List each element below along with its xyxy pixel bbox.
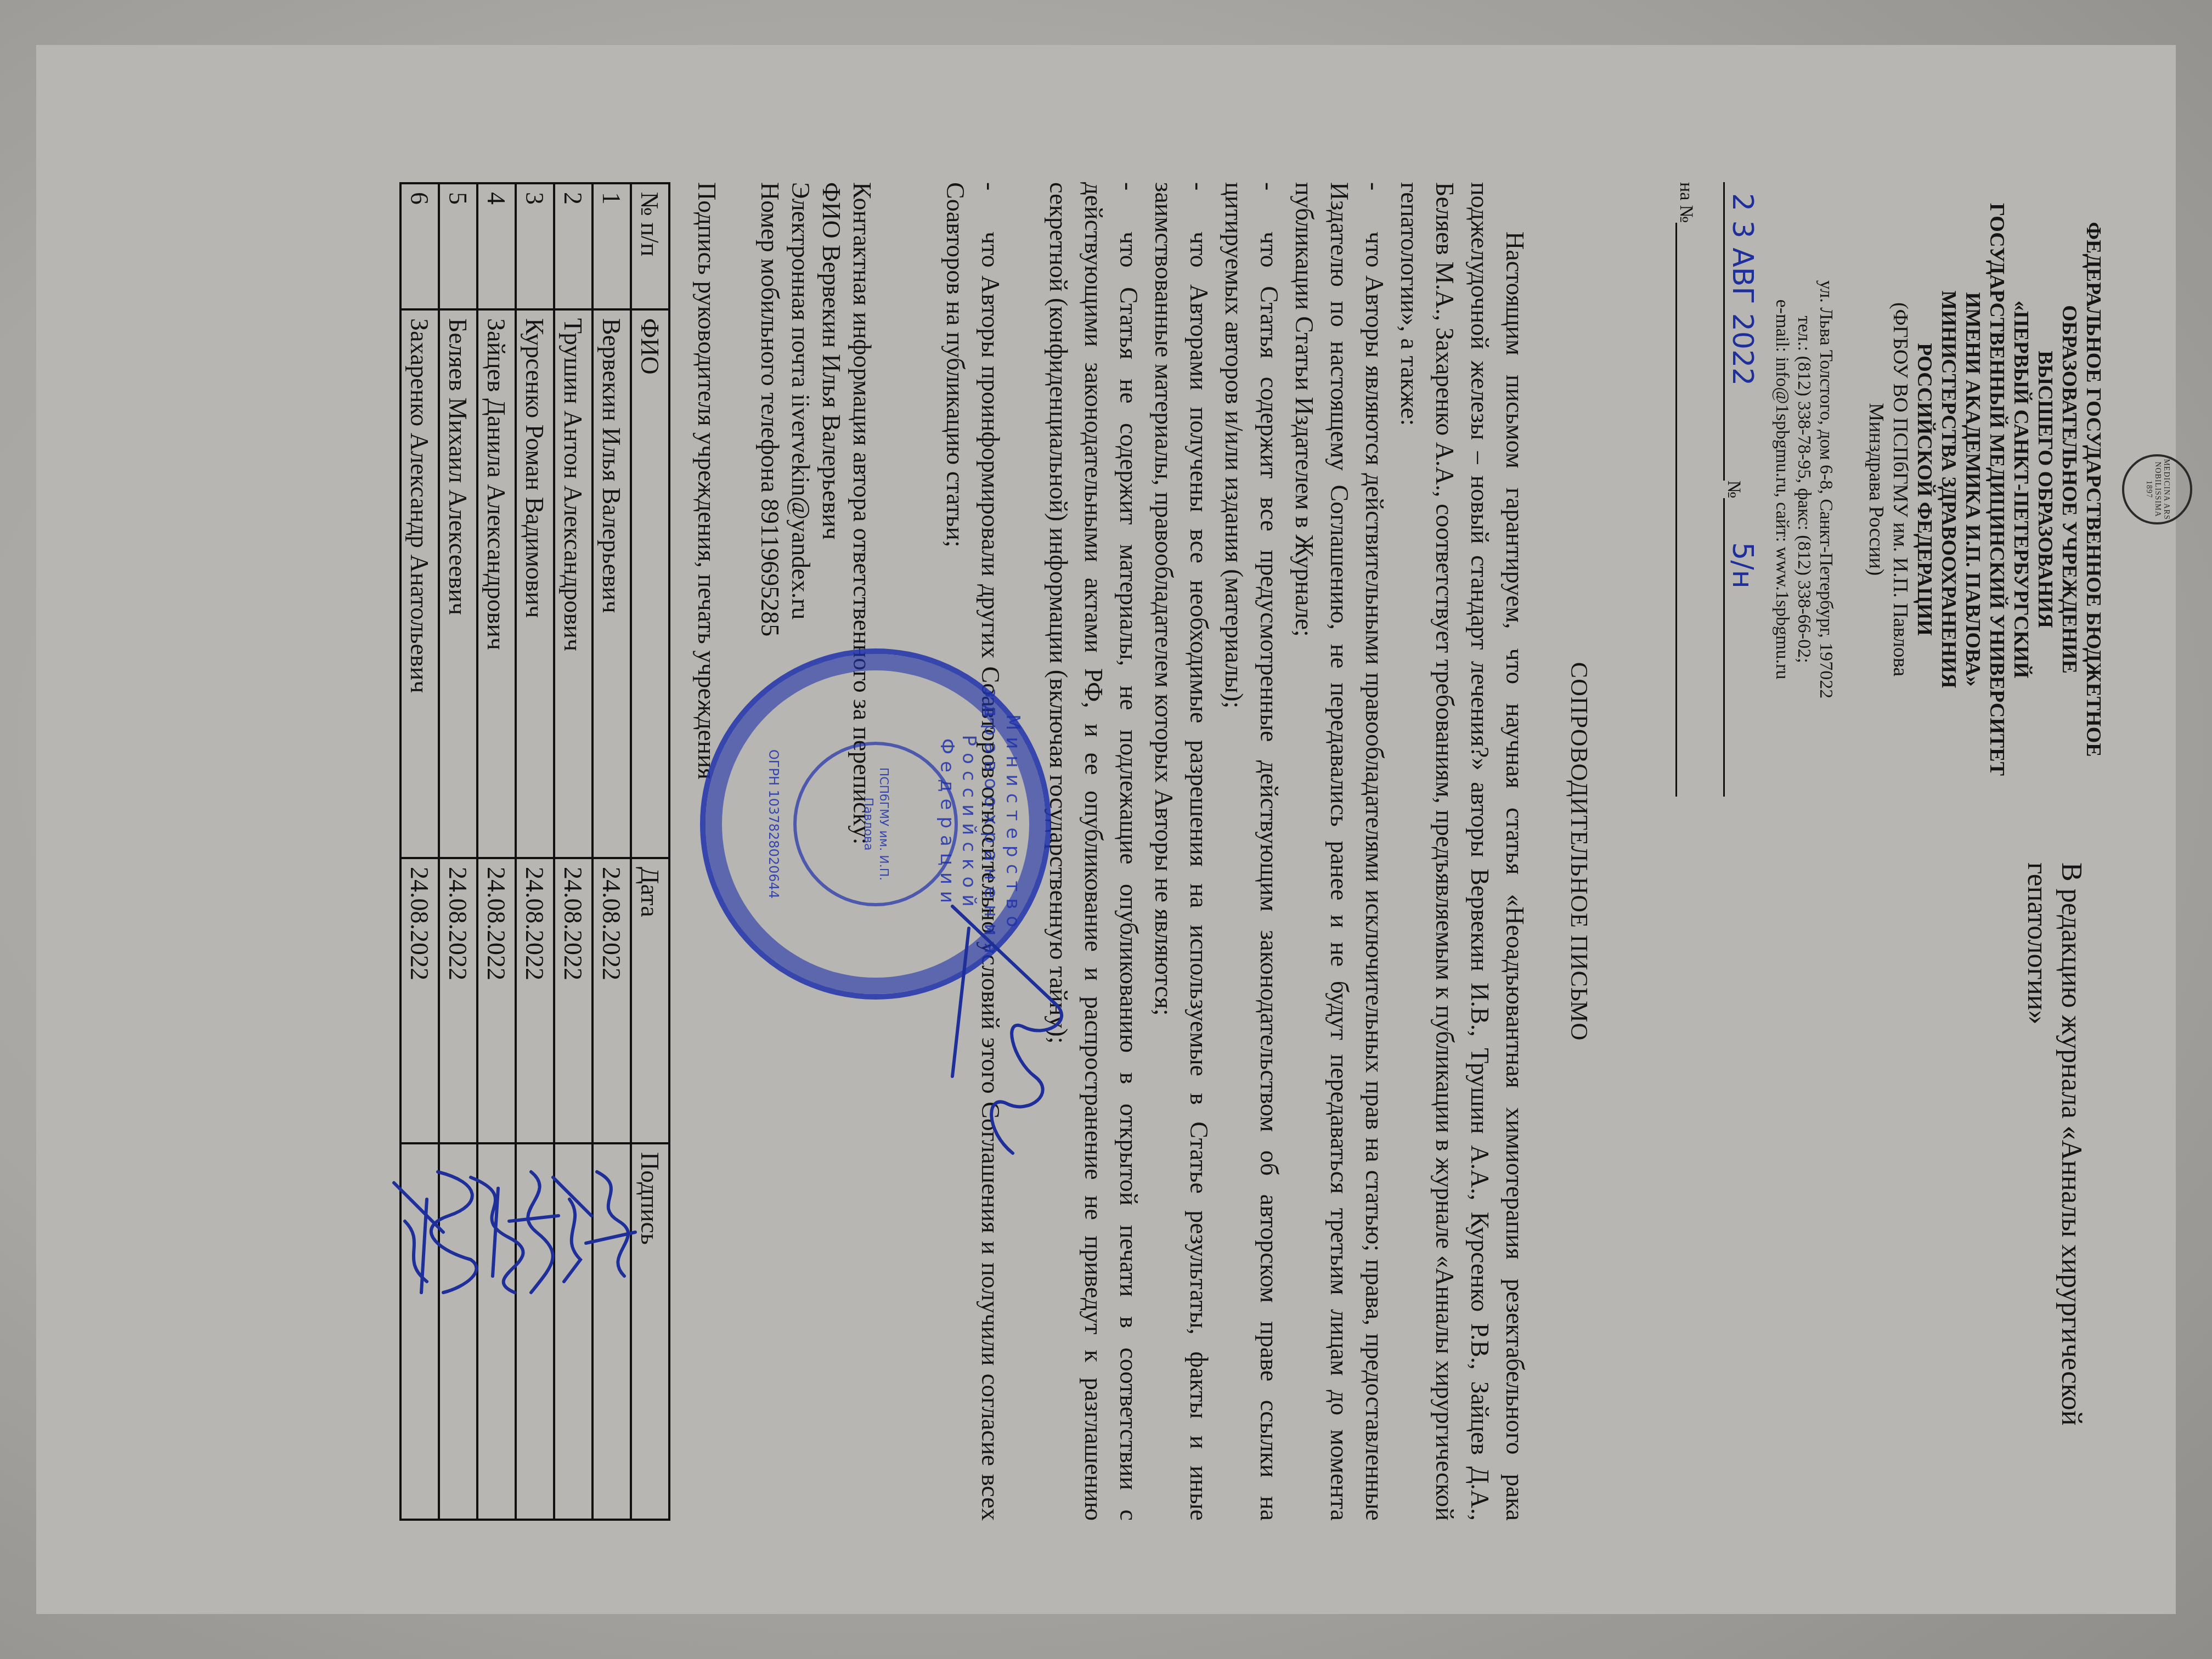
bullet-marker: - (1181, 182, 1216, 232)
handwritten-number: 5/н (1726, 542, 1759, 589)
cell-number: 1 (592, 183, 631, 309)
cell-fio: Зайцев Данила Александрович (477, 309, 516, 858)
cell-number: 2 (554, 183, 592, 309)
org-line: ФЕДЕРАЛЬНОЕ ГОСУДАРСТВЕННОЕ БЮДЖЕТНОЕ (2081, 182, 2106, 797)
guarantee-item: -что Статья не содержит материалы, не по… (1041, 182, 1146, 1521)
table-row: 4 Зайцев Данила Александрович 24.08.2022 (477, 183, 516, 1520)
number-field: 5/н (1723, 498, 1749, 797)
cell-date: 24.08.2022 (477, 858, 516, 1143)
contact-phone: Номер мобильного телефона 89119695285 (754, 182, 785, 1521)
cell-number: 4 (477, 183, 516, 309)
letterhead: MEDICINA ARS NOBILISSIMA 1897 ФЕДЕРАЛЬНО… (1675, 182, 2110, 797)
photo-background: MEDICINA ARS NOBILISSIMA 1897 ФЕДЕРАЛЬНО… (0, 0, 2212, 1659)
org-line: ГОСУДАРСТВЕННЫЙ МЕДИЦИНСКИЙ УНИВЕРСИТЕТ (1985, 182, 2009, 797)
number-label: № (1723, 481, 1744, 498)
column-header-date: Дата (631, 858, 669, 1143)
table-header-row: № п/п ФИО Дата Подпись (631, 183, 669, 1520)
cell-date: 24.08.2022 (516, 858, 554, 1143)
address-line: ул. Льва Толстого, дом 6-8, Санкт-Петерб… (1815, 182, 1837, 797)
guarantee-item: -что Авторы являются действительными пра… (1286, 182, 1392, 1521)
guarantee-text: что Статья содержит все предусмотренные … (1220, 182, 1283, 1521)
letter-page: MEDICINA ARS NOBILISSIMA 1897 ФЕДЕРАЛЬНО… (36, 45, 2176, 1614)
guarantee-item: -что Авторы проинформировали других Соав… (938, 182, 1008, 1521)
org-line: ОБРАЗОВАТЕЛЬНОЕ УЧРЕЖДЕНИЕ (2057, 182, 2081, 797)
guarantee-item: -что Авторами получены все необходимые р… (1146, 182, 1216, 1521)
table-row: 2 Трушин Антон Александрович 24.08.2022 (554, 183, 592, 1520)
cell-number: 5 (439, 183, 477, 309)
logo-text: MEDICINA ARS NOBILISSIMA 1897 (2144, 456, 2170, 522)
org-short-name: (ФГБОУ ВО ПСПбГМУ им. И.П. Павлова (1888, 182, 1912, 797)
date-field: 2 3 АВГ 2022 (1723, 182, 1749, 481)
letter-header: MEDICINA ARS NOBILISSIMA 1897 ФЕДЕРАЛЬНО… (1675, 182, 2110, 1521)
guarantee-text: что Статья не содержит материалы, не под… (1045, 182, 1143, 1521)
cell-fio: Вервекин Илья Валерьевич (592, 309, 631, 858)
table-row: 6 Захаренко Александр Анатольевич 24.08.… (400, 183, 439, 1520)
letter-body: Настоящим письмом гарантируем, что научн… (938, 182, 1532, 1521)
bullet-marker: - (1111, 182, 1146, 232)
guarantee-text: что Авторы являются действительными прав… (1290, 182, 1389, 1521)
guarantee-text: что Авторами получены все необходимые ра… (1150, 182, 1213, 1521)
reference-label: на № (1675, 182, 1696, 223)
cell-fio: Захаренко Александр Анатольевич (400, 309, 439, 858)
contact-fio: ФИО Вервекин Илья Валерьевич (816, 182, 847, 1521)
university-logo-icon: MEDICINA ARS NOBILISSIMA 1897 (2122, 454, 2192, 524)
guarantee-item: -что Статья содержит все предусмотренные… (1216, 182, 1286, 1521)
bullet-marker: - (973, 182, 1008, 232)
cell-date: 24.08.2022 (400, 858, 439, 1143)
cell-fio: Курсенко Роман Вадимович (516, 309, 554, 858)
guarantee-text: что Авторы проинформировали других Соавт… (941, 182, 1005, 1521)
org-line: ВЫСШЕГО ОБРАЗОВАНИЯ (2033, 182, 2057, 797)
cell-date: 24.08.2022 (439, 858, 477, 1143)
org-line: «ПЕРВЫЙ САНКТ-ПЕТЕРБУРГСКИЙ (2009, 182, 2033, 797)
head-signature-label: Подпись руководителя учреждения, печать … (692, 182, 721, 1521)
email-site-line: e-mail: info@1spbgmu.ru, сайт: www.1spbg… (1771, 182, 1793, 797)
org-ministry: Минздрава России) (1864, 182, 1888, 797)
org-address: ул. Льва Толстого, дом 6-8, Санкт-Петерб… (1771, 182, 1837, 797)
contact-email: Электронная почта iivervekin@yandex.ru (785, 182, 816, 1521)
contact-info: Контактная информация автора ответственн… (754, 182, 877, 1521)
column-header-fio: ФИО (631, 309, 669, 858)
cell-number: 6 (400, 183, 439, 309)
addressee: В редакцию журнала «Анналы хирургической… (1675, 862, 2110, 1521)
cell-number: 3 (516, 183, 554, 309)
org-line: ИМЕНИ АКАДЕМИКА И.П. ПАВЛОВА» (1961, 182, 1985, 797)
table-row: 1 Вервекин Илья Валерьевич 24.08.2022 (592, 183, 631, 1520)
reference-field (1675, 223, 1701, 797)
table-row: 5 Беляев Михаил Алексеевич 24.08.2022 (439, 183, 477, 1520)
org-line: РОССИЙСКОЙ ФЕДЕРАЦИИ (1912, 182, 1937, 797)
bullet-marker: - (1357, 182, 1392, 232)
reference-registration: на № (1675, 182, 1701, 797)
cell-signature (400, 1143, 439, 1520)
org-line: МИНИСТЕРСТВА ЗДРАВООХРАНЕНИЯ (1937, 182, 1961, 797)
cell-fio: Трушин Антон Александрович (554, 309, 592, 858)
cell-date: 24.08.2022 (592, 858, 631, 1143)
document-title: СОПРОВОДИТЕЛЬНОЕ ПИСЬМО (1565, 182, 1593, 1521)
intro-paragraph: Настоящим письмом гарантируем, что научн… (1392, 182, 1532, 1521)
authors-table: № п/п ФИО Дата Подпись 1 Вервекин Илья В… (399, 182, 670, 1521)
cell-fio: Беляев Михаил Алексеевич (439, 309, 477, 858)
handwritten-date: 2 3 АВГ 2022 (1726, 193, 1759, 386)
handwritten-signature-icon (388, 1166, 449, 1298)
contact-heading: Контактная информация автора ответственн… (847, 182, 877, 1521)
phone-line: тел.: (812) 338-78-95, факс: (812) 338-6… (1793, 182, 1815, 797)
column-header-number: № п/п (631, 183, 669, 309)
cell-date: 24.08.2022 (554, 858, 592, 1143)
outgoing-registration: 2 3 АВГ 2022 № 5/н (1723, 182, 1749, 797)
bullet-marker: - (1251, 182, 1286, 232)
spacer (1008, 182, 1041, 1521)
table-row: 3 Курсенко Роман Вадимович 24.08.2022 (516, 183, 554, 1520)
